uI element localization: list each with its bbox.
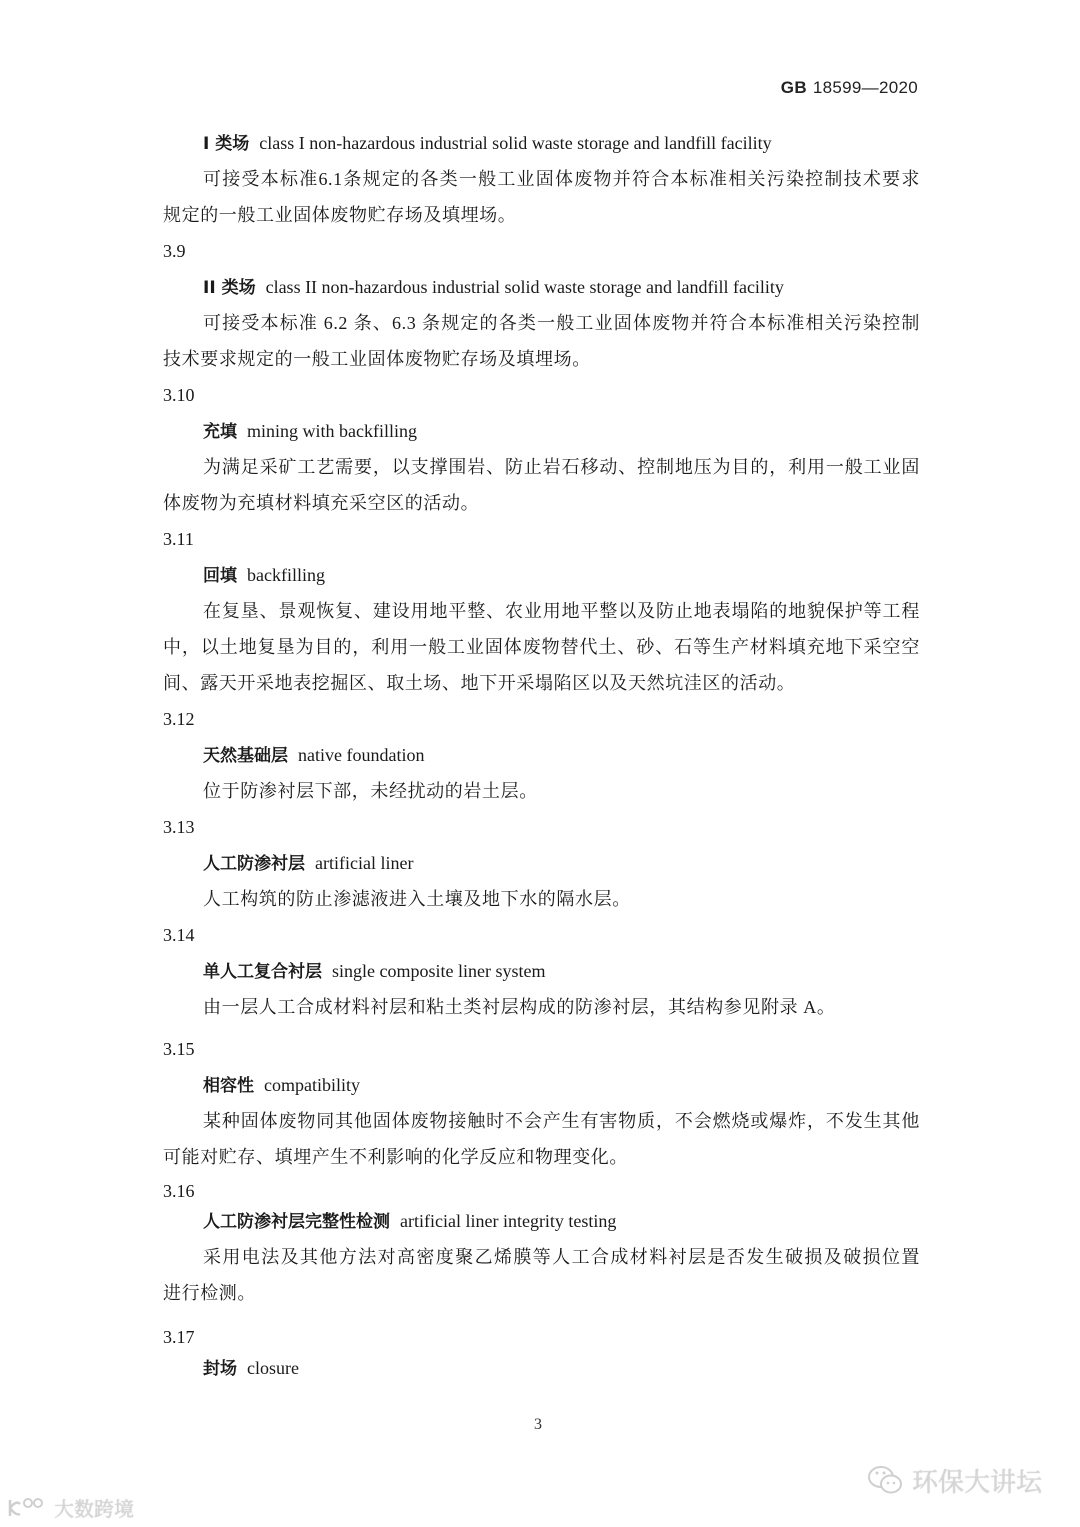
term-heading: 人工防渗衬层artificial liner: [203, 848, 413, 879]
term-en: mining with backfilling: [247, 421, 417, 441]
term-heading: 相容性compatibility: [203, 1070, 360, 1101]
term-heading: 人工防渗衬层完整性检测artificial liner integrity te…: [203, 1206, 616, 1237]
term-heading: I 类场class I non-hazardous industrial sol…: [203, 128, 772, 159]
term-heading: 封场closure: [203, 1353, 299, 1384]
watermark-left-label: 大数跨境: [54, 1493, 134, 1522]
term-zh: 充填: [203, 422, 237, 442]
term-zh: 人工防渗衬层完整性检测: [203, 1212, 390, 1232]
definition-line: 由一层人工合成材料衬层和粘土类衬层构成的防渗衬层，其结构参见附录 A。: [203, 992, 836, 1022]
definition-line: 在复垦、景观恢复、建设用地平整、农业用地平整以及防止地表塌陷的地貌保护等工程: [203, 596, 920, 626]
definition-line: 采用电法及其他方法对高密度聚乙烯膜等人工合成材料衬层是否发生破损及破损位置: [203, 1242, 920, 1272]
definition-line: 间、露天开采地表挖掘区、取土场、地下开采塌陷区以及天然坑洼区的活动。: [163, 668, 795, 698]
definition-line: 位于防渗衬层下部，未经扰动的岩土层。: [203, 776, 538, 806]
standard-prefix: GB: [781, 78, 807, 97]
term-en: single composite liner system: [332, 961, 545, 981]
section-number: 3.10: [163, 380, 195, 410]
standard-number: 18599—2020: [813, 78, 918, 97]
term-zh: 人工防渗衬层: [203, 854, 305, 874]
section-number: 3.11: [163, 524, 194, 554]
section-number: 3.16: [163, 1176, 195, 1206]
definition-line: 规定的一般工业固体废物贮存场及填埋场。: [163, 200, 516, 230]
term-heading: 天然基础层native foundation: [203, 740, 424, 771]
watermark-right-label: 环保大讲坛: [912, 1462, 1042, 1499]
wechat-icon: [866, 1464, 906, 1498]
term-en: class II non-hazardous industrial solid …: [266, 277, 784, 297]
section-number: 3.9: [163, 236, 186, 266]
term-zh: 单人工复合衬层: [203, 962, 322, 982]
term-zh: 天然基础层: [203, 746, 288, 766]
definition-line: 体废物为充填材料填充采空区的活动。: [163, 488, 479, 518]
term-zh: I 类场: [203, 134, 249, 154]
section-number: 3.13: [163, 812, 195, 842]
definition-line: 技术要求规定的一般工业固体废物贮存场及填埋场。: [163, 344, 591, 374]
page-number: 3: [534, 1416, 542, 1434]
term-heading: 充填mining with backfilling: [203, 416, 417, 447]
definition-line: 可能对贮存、填埋产生不利影响的化学反应和物理变化。: [163, 1142, 628, 1172]
definition-line: 为满足采矿工艺需要，以支撑围岩、防止岩石移动、控制地压为目的，利用一般工业固: [203, 452, 920, 482]
term-heading: II 类场class II non-hazardous industrial s…: [203, 272, 784, 303]
page-header: GB18599—2020: [781, 78, 918, 98]
section-number: 3.17: [163, 1322, 195, 1352]
term-zh: 相容性: [203, 1076, 254, 1096]
term-zh: II 类场: [203, 278, 256, 298]
term-en: backfilling: [247, 565, 325, 585]
term-zh: 封场: [203, 1359, 237, 1379]
term-en: class I non-hazardous industrial solid w…: [259, 133, 771, 153]
definition-line: 可接受本标准 6.2 条、6.3 条规定的各类一般工业固体废物并符合本标准相关污…: [203, 308, 920, 338]
term-en: artificial liner: [315, 853, 413, 873]
section-number: 3.14: [163, 920, 195, 950]
term-en: closure: [247, 1358, 299, 1378]
term-zh: 回填: [203, 566, 237, 586]
term-en: compatibility: [264, 1075, 360, 1095]
definition-line: 中，以土地复垦为目的，利用一般工业固体废物替代土、砂、石等生产材料填充地下采空空: [163, 632, 920, 662]
watermark-brand: 大数跨境: [6, 1493, 134, 1522]
definition-line: 人工构筑的防止渗滤液进入土壤及地下水的隔水层。: [203, 884, 631, 914]
definition-line: 进行检测。: [163, 1278, 256, 1308]
section-number: 3.12: [163, 704, 195, 734]
term-en: native foundation: [298, 745, 424, 765]
term-en: artificial liner integrity testing: [400, 1211, 616, 1231]
term-heading: 单人工复合衬层single composite liner system: [203, 956, 545, 987]
definition-line: 某种固体废物同其他固体废物接触时不会产生有害物质，不会燃烧或爆炸，不发生其他: [203, 1106, 920, 1136]
brand-logo-icon: [6, 1496, 50, 1520]
watermark-wechat: 环保大讲坛: [866, 1462, 1042, 1499]
definition-line: 可接受本标准6.1条规定的各类一般工业固体废物并符合本标准相关污染控制技术要求: [203, 164, 920, 194]
term-heading: 回填backfilling: [203, 560, 325, 591]
section-number: 3.15: [163, 1034, 195, 1064]
